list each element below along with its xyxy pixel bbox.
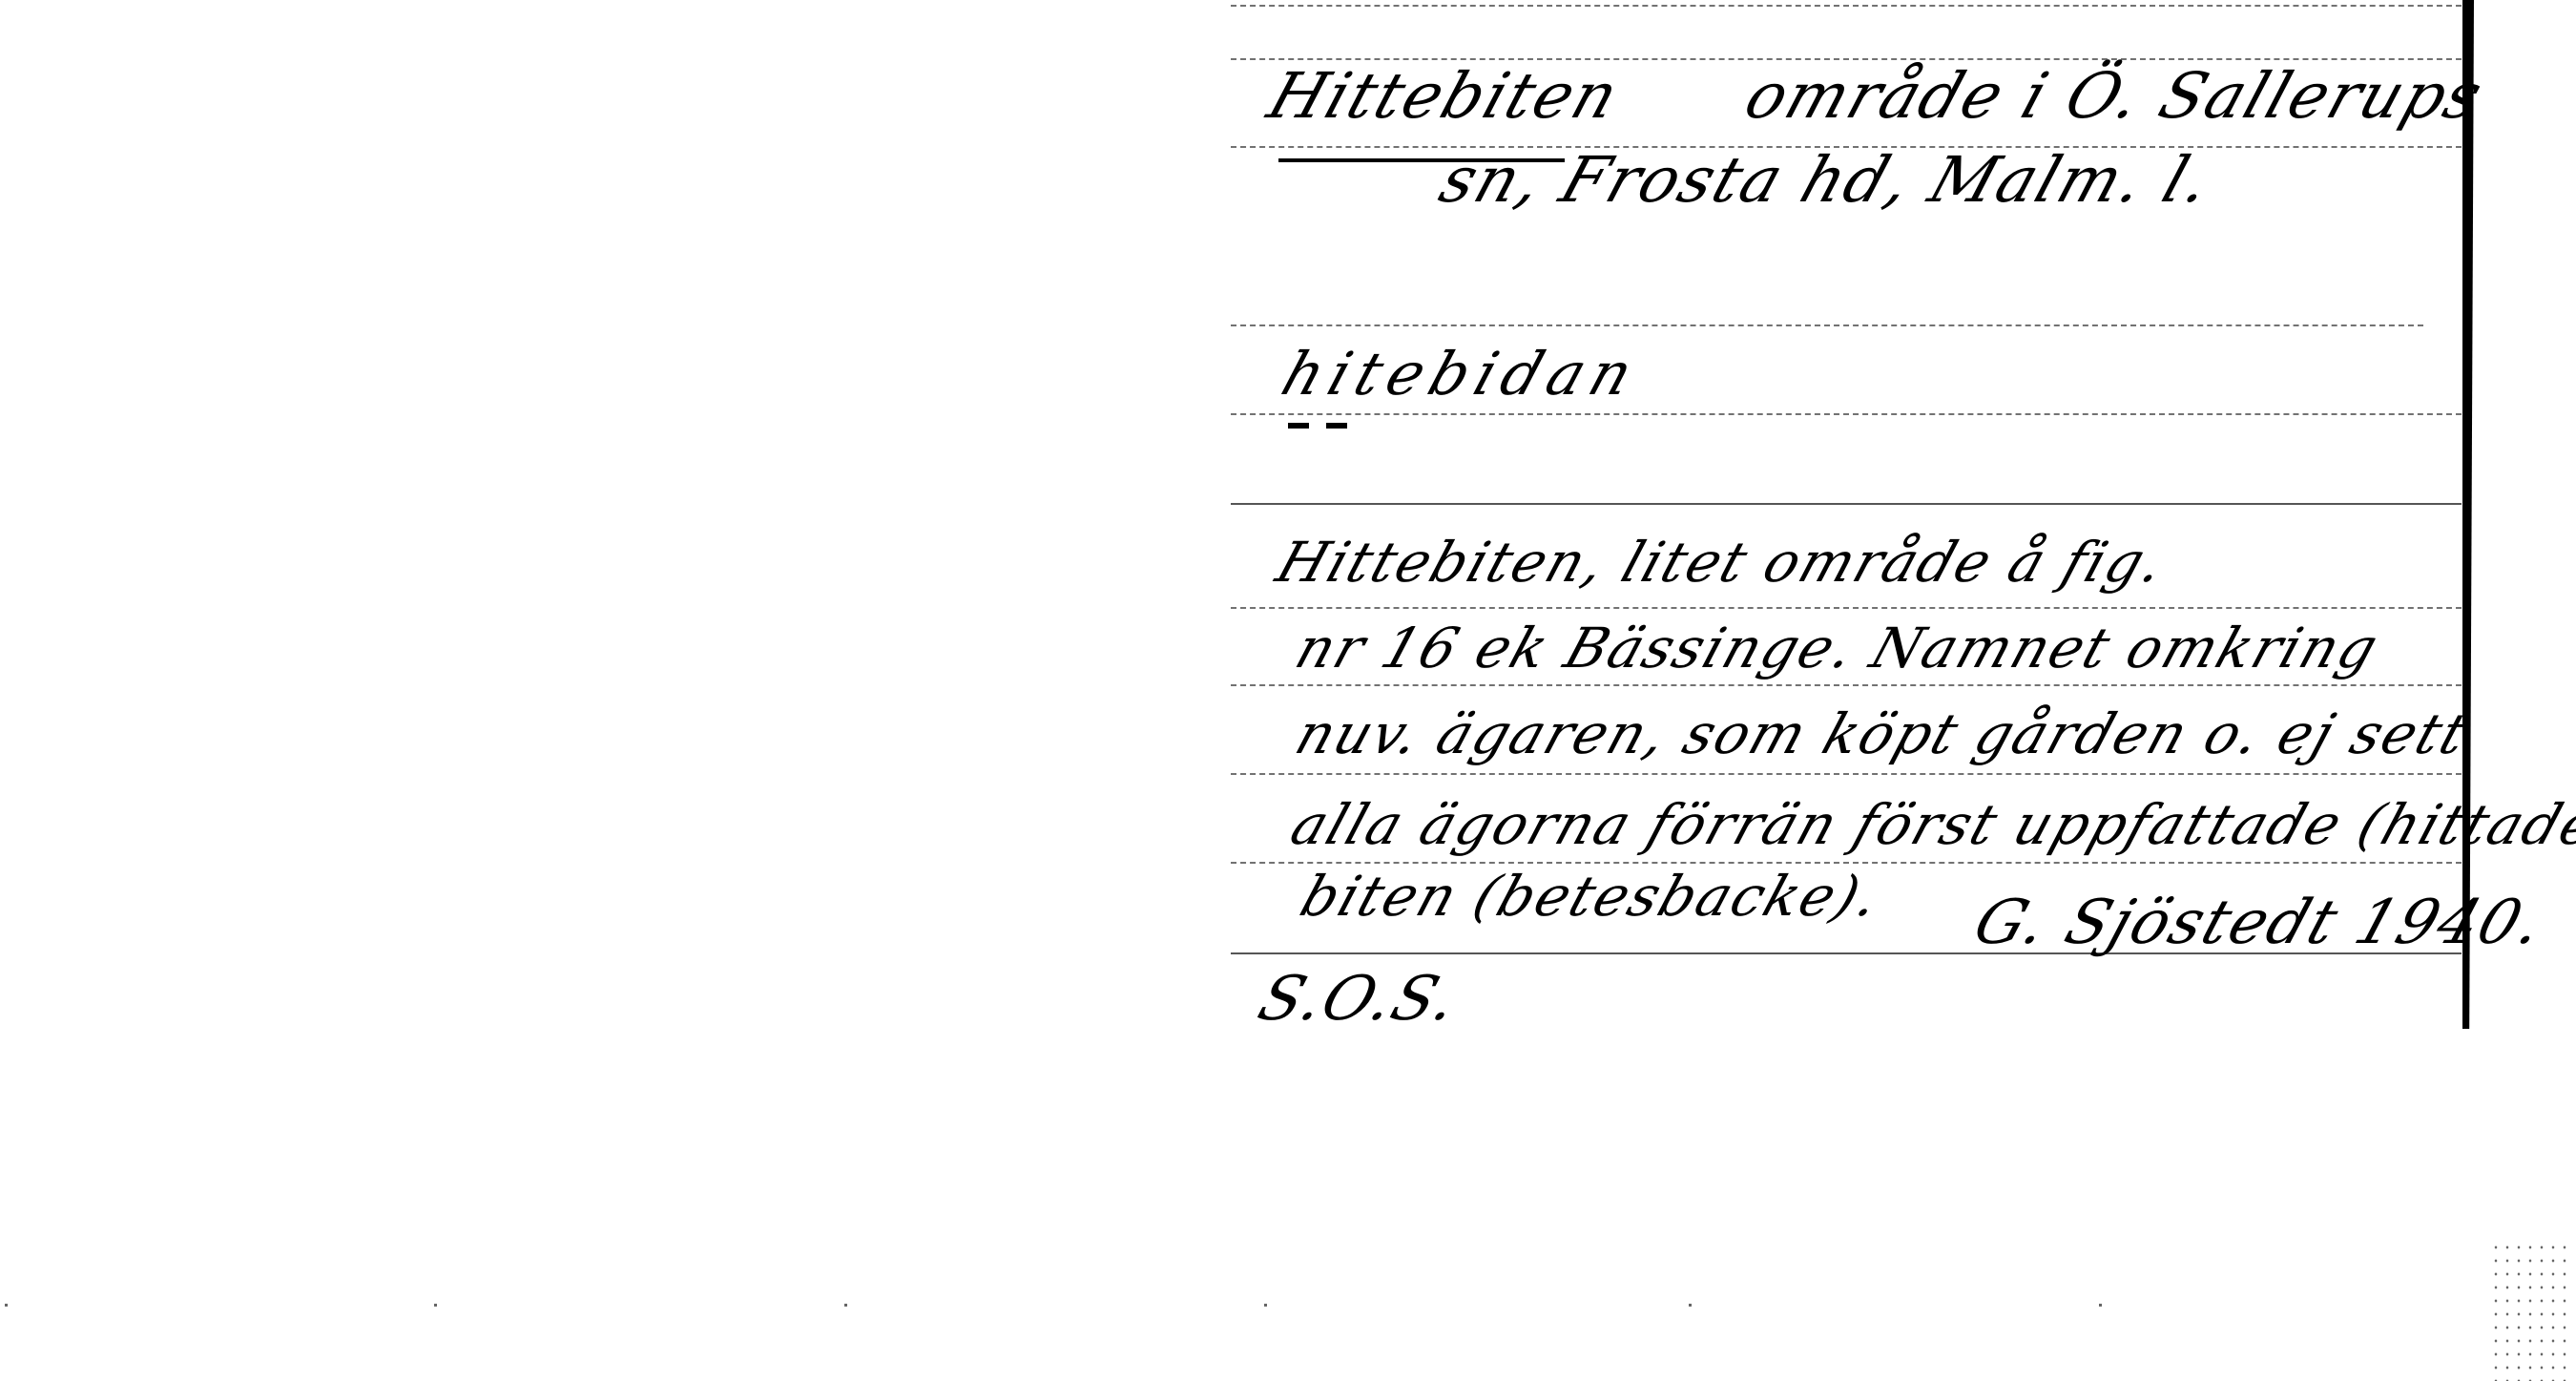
description-line: biten (betesbacke). xyxy=(1293,864,1889,929)
scan-noise xyxy=(1264,1304,1267,1307)
ruled-line xyxy=(1231,5,2462,7)
description-line: nuv. ägaren, som köpt gården o. ej sett xyxy=(1288,701,2477,766)
description-line: Hittebiten, litet område å fig. xyxy=(1269,530,2174,595)
description-line: nr 16 ek Bässinge. Namnet omkring xyxy=(1288,616,2387,680)
ruled-line xyxy=(1231,324,2423,326)
ruled-line xyxy=(1231,607,2462,609)
scan-noise xyxy=(5,1304,8,1307)
entry-location-line2: sn, Frosta hd, Malm. l. xyxy=(1431,143,2222,217)
ruled-line xyxy=(1231,413,2462,415)
ruled-line xyxy=(1231,684,2462,686)
entry-name: Hittebiten xyxy=(1259,59,1629,133)
scan-noise xyxy=(434,1304,437,1307)
scan-noise xyxy=(2099,1304,2102,1307)
stress-mark xyxy=(1326,423,1347,429)
scan-noise xyxy=(844,1304,847,1307)
scan-noise xyxy=(2490,1241,2566,1381)
description-line: alla ägorna förrän först uppfattade (hit… xyxy=(1283,792,2576,857)
scan-noise xyxy=(1689,1304,1692,1307)
ruled-line xyxy=(1231,773,2462,775)
pronunciation: hitebidan xyxy=(1274,339,1649,408)
entry-location: område i Ö. Sallerups xyxy=(1736,59,2493,133)
footer-code: S.O.S. xyxy=(1250,964,1468,1035)
signature: G. Sjöstedt 1940. xyxy=(1965,888,2553,958)
section-divider xyxy=(1231,503,2462,505)
stress-mark xyxy=(1288,423,1309,429)
card-right-border xyxy=(2462,0,2474,1029)
